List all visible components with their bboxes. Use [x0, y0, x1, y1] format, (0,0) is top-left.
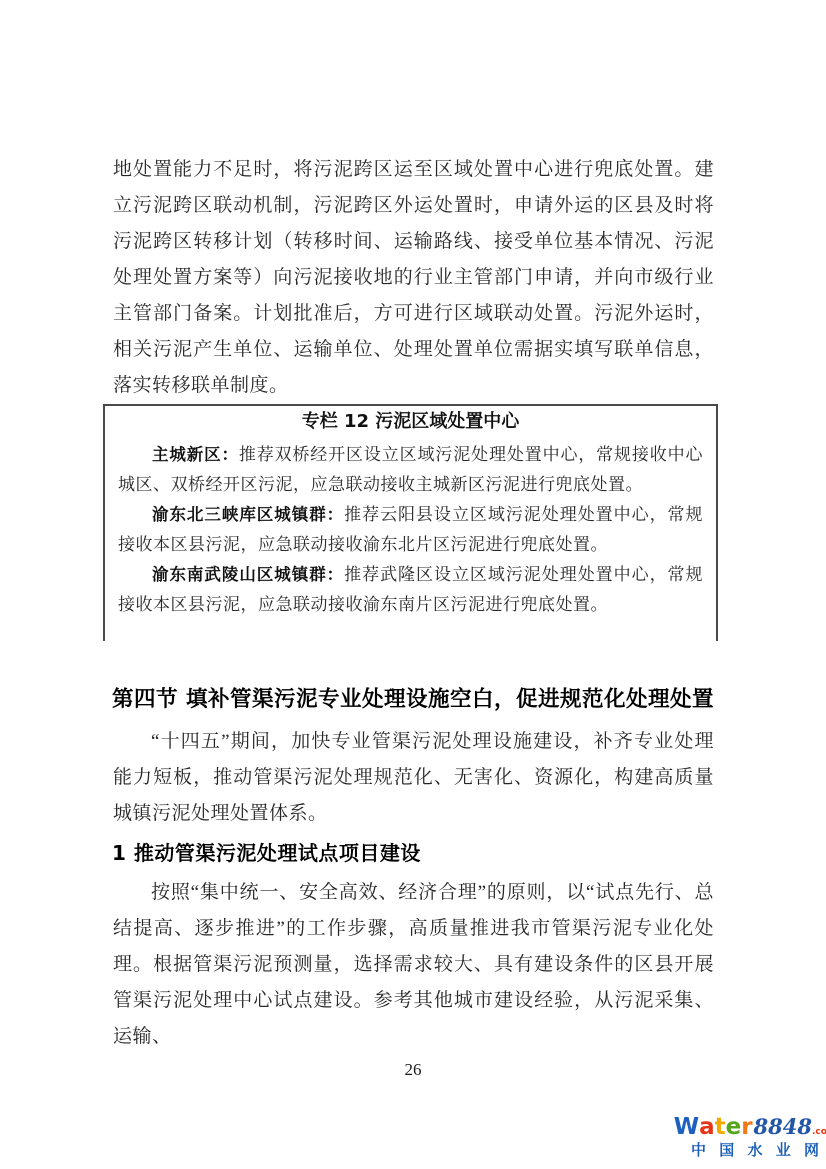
logo-letter-a: a	[699, 1116, 715, 1139]
document-page: 地处置能力不足时，将污泥跨区运至区域处置中心进行兜底处置。建立污泥跨区联动机制，…	[0, 0, 826, 1169]
callout-box-item-yudongnan: 渝东南武陵山区城镇群：推荐武隆区设立区域污泥处理处置中心，常规接收本区县污泥，应…	[118, 560, 703, 620]
logo-wordmark: Water8848.com	[689, 1116, 821, 1139]
paragraph-pilot-project: 按照“集中统一、安全高效、经济合理”的原则，以“试点先行、总结提高、逐步推进”的…	[113, 875, 714, 1055]
logo-subtitle-char: 中	[691, 1143, 706, 1158]
callout-box-title: 专栏 12 污泥区域处置中心	[118, 409, 703, 435]
logo-tld-com: .com	[812, 1128, 826, 1137]
logo-letter-w: W	[674, 1116, 699, 1139]
callout-item-label: 主城新区：	[152, 445, 239, 464]
logo-subtitle-char: 国	[719, 1143, 734, 1158]
subsection-heading-1: 1 推动管渠污泥处理试点项目建设	[112, 839, 732, 867]
water8848-watermark-logo: Water8848.com 中 国 水 业 网	[689, 1116, 821, 1158]
logo-subtitle-char: 水	[747, 1143, 762, 1158]
callout-box-column-12: 专栏 12 污泥区域处置中心 主城新区：推荐双桥经开区设立区域污泥处理处置中心，…	[103, 404, 718, 641]
logo-subtitle-char: 业	[776, 1143, 791, 1158]
section-heading-4: 第四节 填补管渠污泥专业处理设施空白，促进规范化处理处置	[112, 685, 752, 715]
page-number: 26	[0, 1060, 826, 1080]
callout-box-item-yudongbei: 渝东北三峡库区城镇群：推荐云阳县设立区域污泥处理处置中心，常规接收本区县污泥，应…	[118, 500, 703, 560]
paragraph-145-plan: “十四五”期间，加快专业管渠污泥处理设施建设，补齐专业处理能力短板，推动管渠污泥…	[113, 724, 714, 832]
logo-letter-e: e	[726, 1116, 742, 1139]
paragraph-sludge-transfer: 地处置能力不足时，将污泥跨区运至区域处置中心进行兜底处置。建立污泥跨区联动机制，…	[113, 152, 714, 404]
callout-item-label: 渝东南武陵山区城镇群：	[152, 565, 344, 584]
callout-item-label: 渝东北三峡库区城镇群：	[152, 505, 344, 524]
callout-box-item-main-new-district: 主城新区：推荐双桥经开区设立区域污泥处理处置中心，常规接收中心城区、双桥经开区污…	[118, 440, 703, 500]
logo-subtitle-china-water: 中 国 水 业 网	[689, 1143, 821, 1158]
logo-number-8848: 8848	[754, 1116, 812, 1137]
logo-subtitle-char: 网	[804, 1143, 819, 1158]
logo-letter-t: t	[715, 1116, 726, 1139]
logo-letter-r: r	[741, 1116, 752, 1139]
